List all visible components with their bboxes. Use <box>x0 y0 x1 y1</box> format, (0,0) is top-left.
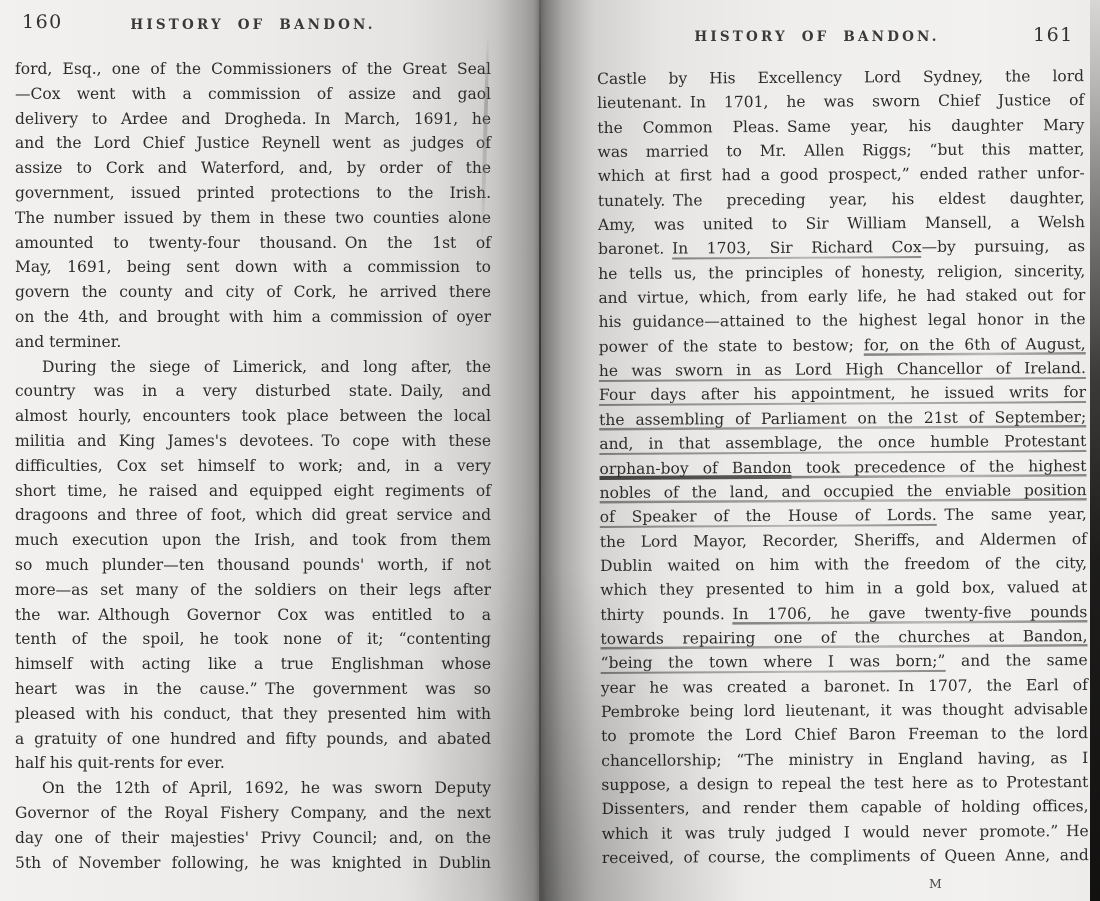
text-line: day one of their majesties' Privy Counci… <box>15 826 491 851</box>
text-line: country was in a very disturbed state. D… <box>15 379 491 404</box>
text-segment: tunately. The preceding year, his eldest… <box>598 189 1085 210</box>
pencil-underlined-text: and, in that assemblage, the once humble… <box>599 432 1086 455</box>
text-line: the Lord Mayor, Recorder, Sheriffs, and … <box>600 527 1087 554</box>
text-line: 5th of November following, he was knight… <box>15 851 491 876</box>
text-segment: much execution upon the Irish, and took … <box>15 531 491 549</box>
text-segment: half his quit-rents for ever. <box>15 754 225 772</box>
text-segment: which they presented to him in a gold bo… <box>600 578 1087 599</box>
text-segment: May, 1691, being sent down with a commis… <box>15 258 491 276</box>
text-line: he was sworn in as Lord High Chancellor … <box>599 356 1086 383</box>
text-line: tenth of the spoil, he took none of it; … <box>15 627 491 652</box>
text-segment: to promote the Lord Chief Baron Freeman … <box>601 724 1088 745</box>
text-line: tunately. The preceding year, his eldest… <box>598 186 1085 213</box>
text-segment: country was in a very disturbed state. D… <box>15 382 491 400</box>
text-line: Governor of the Royal Fishery Company, a… <box>15 801 491 826</box>
text-line: and, in that assemblage, the once humble… <box>599 429 1086 456</box>
text-line: “being the town where I was born;” and t… <box>601 648 1088 675</box>
text-segment: chancellorship; “The ministry in England… <box>601 749 1088 770</box>
left-page-text: ford, Esq., one of the Commissioners of … <box>15 57 491 875</box>
text-segment: Pembroke being lord lieutenant, it was t… <box>601 700 1088 721</box>
text-line: Amy, was united to Sir William Mansell, … <box>598 210 1085 237</box>
text-line: himself with acting like a true Englishm… <box>15 652 491 677</box>
text-line: govern the county and city of Cork, he a… <box>15 280 491 305</box>
text-segment: his guidance—attained to the highest leg… <box>599 310 1086 331</box>
page-number-right: 161 <box>1033 24 1074 46</box>
text-line: pleased with his conduct, that they pres… <box>15 702 491 727</box>
text-segment: tenth of the spoil, he took none of it; … <box>15 630 491 648</box>
text-segment: and virtue, which, from early life, he h… <box>598 286 1085 307</box>
pencil-underlined-text: orphan-boy of Bandon <box>599 458 791 479</box>
text-segment: power of the state to bestow; <box>599 336 864 356</box>
text-segment: on the 4th, and brought with him a commi… <box>15 308 491 326</box>
text-line: a gratuity of one hundred and fifty poun… <box>15 727 491 752</box>
text-line: half his quit-rents for ever. <box>15 751 491 776</box>
text-line: assize to Cork and Waterford, and, by or… <box>15 156 491 181</box>
pencil-underlined-text: the assembling of Parliament on the 21st… <box>599 408 1086 431</box>
text-segment: assize to Cork and Waterford, and, by or… <box>15 159 491 177</box>
pencil-underlined-text: nobles of the land, and occupied the env… <box>600 481 1087 504</box>
text-line: his guidance—attained to the highest leg… <box>598 307 1085 334</box>
text-segment: militia and King James's devotees. To co… <box>15 432 491 450</box>
text-line: short time, he raised and equipped eight… <box>15 479 491 504</box>
text-segment: pleased with his conduct, that they pres… <box>15 705 491 723</box>
text-line: Four days after his appointment, he issu… <box>599 380 1086 407</box>
text-segment: the war. Although Governor Cox was entit… <box>15 606 491 624</box>
text-line: to promote the Lord Chief Baron Freeman … <box>601 721 1088 748</box>
text-line: baronet. In 1703, Sir Richard Cox—by pur… <box>598 234 1085 261</box>
text-segment: the Common Pleas. Same year, his daughte… <box>597 116 1084 137</box>
text-segment: heart was in the cause.” The government … <box>15 680 491 698</box>
text-segment: which at first had a good prospect,” end… <box>598 164 1085 185</box>
text-line: on the 4th, and brought with him a commi… <box>15 305 491 330</box>
text-line: Castle by His Excellency Lord Sydney, th… <box>597 64 1084 91</box>
text-segment: received, of course, the compliments of … <box>602 846 1089 867</box>
text-line: nobles of the land, and occupied the env… <box>600 478 1087 505</box>
right-page: HISTORY OF BANDON. 161 Castle by His Exc… <box>541 0 1090 901</box>
text-line: militia and King James's devotees. To co… <box>15 429 491 454</box>
text-line: Dissenters, and render them capable of h… <box>601 794 1088 821</box>
text-segment: During the siege of Limerick, and long a… <box>42 358 491 376</box>
text-segment: amounted to twenty-four thousand. On the… <box>15 234 491 252</box>
text-segment: difficulties, Cox set himself to work; a… <box>15 457 491 475</box>
text-segment: more—as set many of the soldiers on thei… <box>15 581 491 599</box>
text-line: and the Lord Chief Justice Reynell went … <box>15 131 491 156</box>
text-segment: dragoons and three of foot, which did gr… <box>15 506 491 524</box>
text-segment: and the same <box>945 651 1087 670</box>
text-line: year he was created a baronet. In 1707, … <box>601 673 1088 700</box>
text-segment: was married to Mr. Allen Riggs; “but thi… <box>597 140 1084 161</box>
text-line: power of the state to bestow; for, on th… <box>599 332 1086 359</box>
text-line: and terminer. <box>15 330 491 355</box>
pencil-underlined-text: “being the town where I was born;” <box>601 652 946 674</box>
text-segment: Governor of the Royal Fishery Company, a… <box>15 804 491 822</box>
text-line: so much plunder—ten thousand pounds' wor… <box>15 553 491 578</box>
text-segment: The same year, <box>937 505 1087 524</box>
pencil-underlined-text: for, on the 6th of August, <box>864 335 1086 356</box>
text-line: suppose, a design to repeal the test her… <box>601 770 1088 797</box>
text-segment: delivery to Ardee and Drogheda. In March… <box>15 110 491 128</box>
text-line: towards repairing one of the churches at… <box>600 624 1087 651</box>
pencil-underlined-text: In 1703, Sir Richard Cox <box>672 238 922 260</box>
text-line: amounted to twenty-four thousand. On the… <box>15 231 491 256</box>
text-line: almost hourly, encounters took place bet… <box>15 404 491 429</box>
text-segment: day one of their majesties' Privy Counci… <box>15 829 491 847</box>
text-line: ford, Esq., one of the Commissioners of … <box>15 57 491 82</box>
left-page: 160 HISTORY OF BANDON. ford, Esq., one o… <box>0 0 541 901</box>
text-segment: suppose, a design to repeal the test her… <box>601 773 1088 794</box>
text-segment: he tells us, the principles of honesty, … <box>598 262 1085 283</box>
text-line: which at first had a good prospect,” end… <box>598 161 1085 188</box>
text-segment: Amy, was united to Sir William Mansell, … <box>598 213 1085 234</box>
text-segment: ford, Esq., one of the Commissioners of … <box>15 60 491 78</box>
text-segment: and the Lord Chief Justice Reynell went … <box>15 134 491 152</box>
text-segment: short time, he raised and equipped eight… <box>15 482 491 500</box>
text-line: which they presented to him in a gold bo… <box>600 575 1087 602</box>
pencil-underlined-text: In 1706, he gave twenty-five pounds <box>732 603 1087 625</box>
text-line: the Common Pleas. Same year, his daughte… <box>597 113 1084 140</box>
page-edge-strip <box>1090 0 1100 901</box>
text-segment: government, issued printed protections t… <box>15 184 491 202</box>
text-segment: so much plunder—ten thousand pounds' wor… <box>15 556 491 574</box>
text-segment: —by pursuing, as <box>922 237 1086 256</box>
text-line: lieutenant. In 1701, he was sworn Chief … <box>597 88 1084 115</box>
text-segment: On the 12th of April, 1692, he was sworn… <box>42 779 491 797</box>
pencil-underlined-text: of Speaker of the House of Lords. <box>600 506 937 528</box>
text-line: heart was in the cause.” The government … <box>15 677 491 702</box>
text-segment: which it was truly judged I would never … <box>602 822 1089 843</box>
pencil-underlined-text: took precedence of the highest <box>792 457 1087 479</box>
text-segment: —Cox went with a commission of assize an… <box>15 85 491 103</box>
book-spread: 160 HISTORY OF BANDON. ford, Esq., one o… <box>0 0 1100 901</box>
text-segment: 5th of November following, he was knight… <box>15 854 491 872</box>
text-segment: govern the county and city of Cork, he a… <box>15 283 491 301</box>
text-line: more—as set many of the soldiers on thei… <box>15 578 491 603</box>
right-page-text: Castle by His Excellency Lord Sydney, th… <box>597 64 1089 870</box>
text-line: May, 1691, being sent down with a commis… <box>15 255 491 280</box>
text-line: orphan-boy of Bandon took precedence of … <box>599 454 1086 481</box>
text-segment: thirty pounds. <box>600 605 732 624</box>
text-line: much execution upon the Irish, and took … <box>15 528 491 553</box>
pencil-underlined-text: Four days after his appointment, he issu… <box>599 383 1086 406</box>
text-line: chancellorship; “The ministry in England… <box>601 746 1088 773</box>
text-line: difficulties, Cox set himself to work; a… <box>15 454 491 479</box>
text-segment: and terminer. <box>15 333 121 351</box>
text-segment: a gratuity of one hundred and fifty poun… <box>15 730 491 748</box>
text-line: Dublin waited on him with the freedom of… <box>600 551 1087 578</box>
text-line: government, issued printed protections t… <box>15 181 491 206</box>
text-segment: Dublin waited on him with the freedom of… <box>600 554 1087 575</box>
text-line: the assembling of Parliament on the 21st… <box>599 405 1086 432</box>
text-segment: baronet. <box>598 240 672 258</box>
running-title-right: HISTORY OF BANDON. <box>597 29 1037 45</box>
text-line: he tells us, the principles of honesty, … <box>598 259 1085 286</box>
text-line: which it was truly judged I would never … <box>602 819 1089 846</box>
text-segment: lieutenant. In 1701, he was sworn Chief … <box>597 91 1084 112</box>
text-line: Pembroke being lord lieutenant, it was t… <box>601 697 1088 724</box>
pencil-underlined-text: towards repairing one of the churches at… <box>600 627 1087 650</box>
text-line: delivery to Ardee and Drogheda. In March… <box>15 107 491 132</box>
text-line: of Speaker of the House of Lords. The sa… <box>600 502 1087 529</box>
text-line: thirty pounds. In 1706, he gave twenty-f… <box>600 600 1087 627</box>
text-line: —Cox went with a commission of assize an… <box>15 82 491 107</box>
text-segment: Dissenters, and render them capable of h… <box>601 797 1088 818</box>
text-segment: almost hourly, encounters took place bet… <box>15 407 491 425</box>
signature-mark: M <box>929 876 943 891</box>
pencil-underlined-text: he was sworn in as Lord High Chancellor … <box>599 359 1086 382</box>
running-title-left: HISTORY OF BANDON. <box>15 17 491 33</box>
text-line: and virtue, which, from early life, he h… <box>598 283 1085 310</box>
text-segment: the Lord Mayor, Recorder, Sheriffs, and … <box>600 530 1087 551</box>
text-line: dragoons and three of foot, which did gr… <box>15 503 491 528</box>
text-segment: year he was created a baronet. In 1707, … <box>601 676 1088 697</box>
text-segment: himself with acting like a true Englishm… <box>15 655 491 673</box>
text-segment: Castle by His Excellency Lord Sydney, th… <box>597 67 1084 88</box>
text-line: During the siege of Limerick, and long a… <box>15 355 491 380</box>
text-line: was married to Mr. Allen Riggs; “but thi… <box>597 137 1084 164</box>
text-line: The number issued by them in these two c… <box>15 206 491 231</box>
text-segment: The number issued by them in these two c… <box>15 209 491 227</box>
text-line: On the 12th of April, 1692, he was sworn… <box>15 776 491 801</box>
text-line: the war. Although Governor Cox was entit… <box>15 603 491 628</box>
text-line: received, of course, the compliments of … <box>602 843 1089 870</box>
